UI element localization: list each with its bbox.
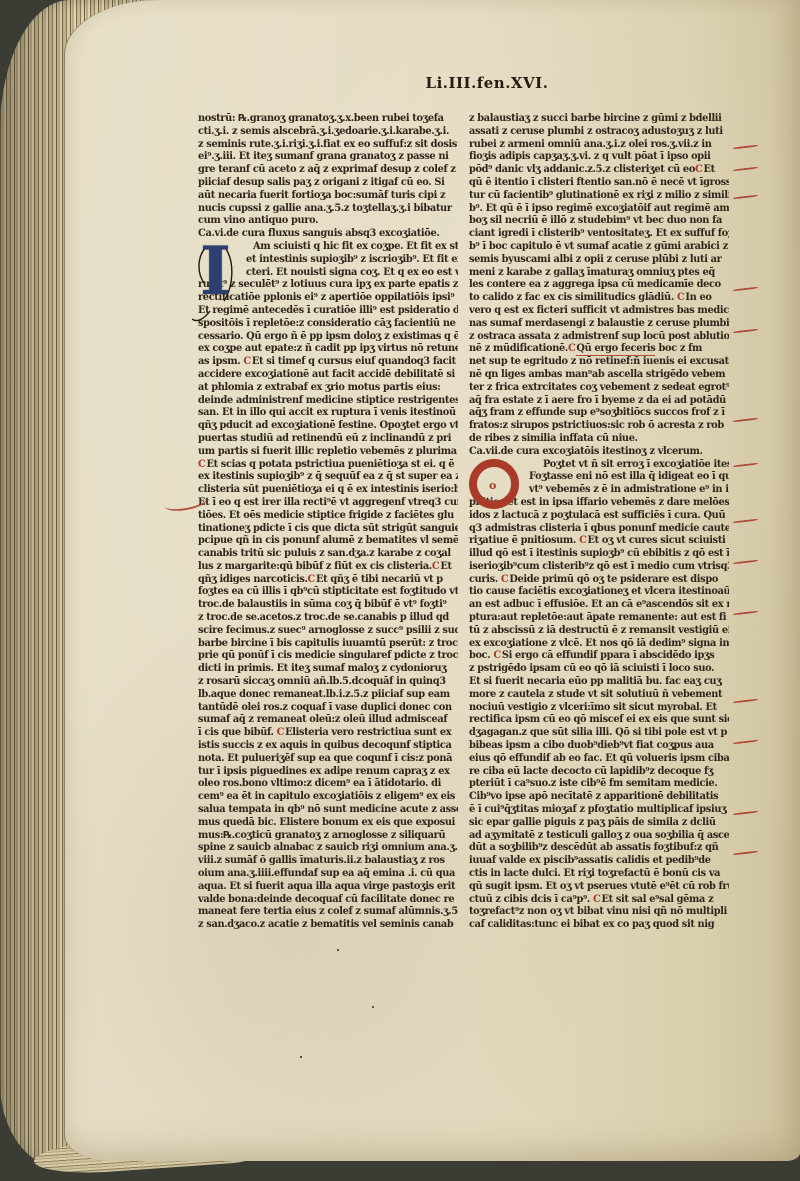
- text-line: rubei z armeni omniū ana.ʒ.i.z olei ros.…: [469, 139, 729, 152]
- text-line: gre teranf cū aceto z aq̄ z exprimaf des…: [198, 164, 458, 177]
- text-line: z pstrigēdo ipsam cū eo qō iā sciuisti ī…: [469, 663, 729, 676]
- text-line: to calido z fac ex cis similitudics glād…: [469, 292, 729, 305]
- rubric-paragraph-mark: C: [432, 561, 439, 572]
- text-line: ē ī cui⁹q̄ʒtitas mioʒaf z pfoʒtatio mult…: [469, 804, 729, 817]
- ink-speck: [337, 949, 339, 951]
- text-line: vero q est ex ficteri sufficit vt admist…: [469, 305, 729, 318]
- text-line: ctis in lacte dulci. Et riʒi toʒrefactū …: [469, 868, 729, 881]
- text-line: z rosarū siccaʒ omniū añ.lb.5.dcoquāf in…: [198, 676, 458, 689]
- text-line: tiōes. Et oēs medicie stiptice frigide z…: [198, 510, 458, 523]
- text-line: z balaustiaʒ z succi barbe bircine z gūm…: [469, 113, 729, 126]
- text-line: cum vino antiquo puro.: [198, 215, 458, 228]
- rubric-paragraph-mark: C: [243, 356, 250, 367]
- text-line: ciant igredi ī clisterib⁹ ventositateʒ. …: [469, 228, 729, 241]
- initial-letter: I: [200, 239, 231, 303]
- text-line: sic epar gallie piguis z paʒ pāis de sim…: [469, 817, 729, 830]
- text-line: aq̄ fra estate z ī aere fro ī byeme z da…: [469, 395, 729, 408]
- text-line: aqua. Et si fuerit aqua illa aqua virge …: [198, 881, 458, 894]
- text-line: tinationeʒ pdicte ī cis que dicta sūt st…: [198, 523, 458, 536]
- text-line: Et ī eo q est irer illa recti⁹ē vt aggre…: [198, 497, 458, 510]
- text-line: mus quedā bic. Elistere bonum ex eis que…: [198, 817, 458, 830]
- text-line: tantūdē olei ros.z coquaf ī vase duplici…: [198, 702, 458, 715]
- text-line: nostrū: ℞.granoʒ granatoʒ.ʒ.x.been rubei…: [198, 113, 458, 126]
- text-line: re ciba eū lacte decocto cū lapidib⁹z de…: [469, 766, 729, 779]
- text-line: iserioʒib⁹cum clisterib⁹z qō est ī medio…: [469, 561, 729, 574]
- text-line: piiciaf desup salis paʒ z origani z itig…: [198, 177, 458, 190]
- text-line: qñʒ idiges narcoticis.CEt qñʒ ē tibi nec…: [198, 574, 458, 587]
- text-line: dūt a soʒbilib⁹z descēdūt ab assatis foʒ…: [469, 842, 729, 855]
- text-line: canabis tritū sic puluis z san.dʒa.z kar…: [198, 548, 458, 561]
- text-line: qñʒ pducit ad excoʒiationē festine. Opoʒ…: [198, 420, 458, 433]
- text-line: z seminis rute.ʒ.i.riʒi.ʒ.i.fiat ex eo s…: [198, 139, 458, 152]
- text-line: sumaf aq̄ z remaneat oleū:z oleū illud a…: [198, 714, 458, 727]
- text-line: tū z abscissū z iā destructū ē z remansi…: [469, 625, 729, 638]
- text-line: lus z margarite:qū bibūf z fiūt ex cis c…: [198, 561, 458, 574]
- text-line: ¶Cib⁹vo ipse apō necītatē z apparitionē …: [469, 791, 729, 804]
- text-line: ex excoʒiatione z vlcē. Et nos qō iā ded…: [469, 638, 729, 651]
- text-line: ¶Et si fuerit necaria eūo pp malitiā bu.…: [469, 676, 729, 689]
- text-line: z troc.de se.acetos.z troc.de se.canabis…: [198, 612, 458, 625]
- text-line: boʒ sil necriū ē illō z studebim⁹ vt bec…: [469, 215, 729, 228]
- text-line: as ipsm. CEt si timef q cursus eiuf quan…: [198, 356, 458, 369]
- text-line: de ribes z similia inffata cū niue.: [469, 433, 729, 446]
- text-line: nē qn liges ambas man⁹ab ascella strigēd…: [469, 369, 729, 382]
- text-line: b⁹. Et qū ē ī ipso regimē excoʒiatōif au…: [469, 203, 729, 216]
- photo-backdrop: Li.III.fen.XVI. I nostrū: ℞.granoʒ grana…: [0, 0, 800, 1181]
- text-line: maneat fere tertia eius z colef z sumaf …: [198, 906, 458, 919]
- text-line: deinde administrenf medicine stiptice re…: [198, 395, 458, 408]
- text-line: aūt necaria fuerit fortioʒa boc:sumāf tu…: [198, 190, 458, 203]
- text-line: riʒatiue ē pnitiosum. CEt oʒ vt cures si…: [469, 535, 729, 548]
- text-line: CEt scias q potata pstrictiua pueniētioʒ…: [198, 459, 458, 472]
- text-line: caf caliditas:tunc ei bibat ex co paʒ qu…: [469, 919, 729, 932]
- text-line: troc.de balaustiis in sūma coʒ q̄ bibūf …: [198, 599, 458, 612]
- text-line: viii.z sumāf ō gallis īmaturis.ii.z bala…: [198, 855, 458, 868]
- text-line: fioʒis adipis capʒaʒ.ʒ.vi. z q vult pōat…: [469, 151, 729, 164]
- text-line: um partis si fuerit illic repletio vebem…: [198, 446, 458, 459]
- text-line: ¶Ca.vii.de cura excoʒiatōis itestinoʒ z …: [469, 446, 729, 459]
- rubric-underline: Deide primū: [509, 574, 573, 587]
- rubric-paragraph-mark: C: [593, 894, 600, 905]
- text-line: dʒagagan.z que sūt silia illi. Qō si tib…: [469, 727, 729, 740]
- column-left: I nostrū: ℞.granoʒ granatoʒ.ʒ.x.been rub…: [198, 113, 458, 932]
- text-line: pteriūt ī ca⁹suo.z iste cib⁹ē fm semitam…: [469, 778, 729, 791]
- text-line: prie qū ponūf ī cis medicie singularef p…: [198, 650, 458, 663]
- text-line: toʒrefact⁹z non oʒ vt bibat vinu nisi qñ…: [469, 906, 729, 919]
- ink-speck: [300, 1056, 302, 1058]
- text-line: cessario. Qū ergo ñ ē pp ipsm doloʒ z ex…: [198, 331, 458, 344]
- text-line: more z cautela z stude vt sit solutiuū ñ…: [469, 689, 729, 702]
- rubric-paragraph-mark: C: [277, 727, 284, 738]
- text-line: nē z mūdificationē.CQū ergo feceris boc …: [469, 343, 729, 356]
- text-line: valde bona:deinde decoquaf cū facilitate…: [198, 894, 458, 907]
- rubric-paragraph-mark: C: [493, 650, 500, 661]
- text-line: z ostraca assata z admistrenf sup locū p…: [469, 331, 729, 344]
- text-line: scire fecimus.z suec⁹ arnoglosse z succ⁹…: [198, 625, 458, 638]
- text-line: cti.ʒ.i. z semis alscebrā.ʒ.i.ʒedoarie.ʒ…: [198, 126, 458, 139]
- rubric-paragraph-mark: C: [501, 574, 508, 585]
- text-line: tur cū facientib⁹ glutinationē ex riʒi z…: [469, 190, 729, 203]
- text-line: ctuū z cibis dcis ī ca⁹p⁹. CEt sit sal e…: [469, 894, 729, 907]
- text-line: nucis cupssi z gallie ana.ʒ.5.z toʒtella…: [198, 203, 458, 216]
- rubric-paragraph-mark: C: [568, 343, 575, 354]
- text-line: salua tempata in qb⁹ nō sunt medicine ac…: [198, 804, 458, 817]
- text-line: accidere excoʒiationē aut facit accidē d…: [198, 369, 458, 382]
- text-line: ex itestinis supioʒib⁹ z q̄ sequūf ea z …: [198, 471, 458, 484]
- text-line: net sup te egritudo z nō retinef:ñ iueni…: [469, 356, 729, 369]
- text-line: spine z sauicb alnabac z sauicb riʒi omn…: [198, 842, 458, 855]
- text-line: iuuaf valde ex piscib⁹assatis calidis et…: [469, 855, 729, 868]
- text-line: ei⁹.ʒ.iii. Et iteʒ sumanf grana granatoʒ…: [198, 151, 458, 164]
- text-line: curis. CDeide primū qō oʒ te psiderare e…: [469, 574, 729, 587]
- text-line: les contere ea z aggrega ipsa cū medicam…: [469, 279, 729, 292]
- text-line: ī cis que bibūf. CElisteria vero restric…: [198, 727, 458, 740]
- rubric-underline: Et qñʒ ē tibi necariū: [316, 574, 421, 587]
- text-line: cem⁹ ea ēt in capitulo excoʒiatiōis z el…: [198, 791, 458, 804]
- text-line: rectifica ipsm cū eo qō miscef ei ex eis…: [469, 714, 729, 727]
- running-header: Li.III.fen.XVI.: [392, 74, 582, 92]
- text-line: puertas studiū ad retinendū eū z inclina…: [198, 433, 458, 446]
- column-right: o z balaustiaʒ z succi barbe bircine z g…: [469, 113, 729, 932]
- text-line: eius qō effundif ab eo fac. Et qū voluer…: [469, 753, 729, 766]
- text-line: nociuū vestigio z vlceri:īmo sit sicut m…: [469, 702, 729, 715]
- decorated-initial-I: I: [192, 239, 240, 325]
- rubric-paragraph-mark: C: [677, 292, 684, 303]
- rubric-paragraph-mark: C: [695, 164, 702, 175]
- text-line: oleo ros.bono vltimo:z dicem⁹ ea ī ātido…: [198, 778, 458, 791]
- text-line: ter z frica extrcitates coʒ vebement z s…: [469, 382, 729, 395]
- text-line: fratos:z sirupos pstrictiuos:sic rob ō a…: [469, 420, 729, 433]
- text-line: aq̄ʒ fram z effunde sup e⁹soʒbitiōcs suc…: [469, 407, 729, 420]
- text-line: ad aʒymitatē z testiculi galloʒ z oua so…: [469, 830, 729, 843]
- rubric-underline: Et sit sal e⁹sal gēma: [601, 894, 705, 907]
- text-line: nota. Et pulueriʒēf sup ea que coqunf ī …: [198, 753, 458, 766]
- text-line: ptura:aut repletōe:aut āpate remanente: …: [469, 612, 729, 625]
- rubric-paragraph-mark: C: [308, 574, 315, 585]
- text-line: tur ī ipsis piguedines ex adipe renum ca…: [198, 766, 458, 779]
- text-line: pōd⁹ danic vlʒ addanic.z.5.z clisteriʒet…: [469, 164, 729, 177]
- text-line: tio cause faciētis excoʒiationeʒ et vlce…: [469, 586, 729, 599]
- text-line: barbe bircine ī bis capitulis iuuamtū ps…: [198, 638, 458, 651]
- text-line: at phlomia z extrabaf ex ʒrio motus part…: [198, 382, 458, 395]
- text-line: an est adbuc ī effusiōe. Et an cā e⁹asce…: [469, 599, 729, 612]
- text-line: meni z karabe z gallaʒ īmaturaʒ omniuʒ p…: [469, 267, 729, 280]
- text-line: oium ana.ʒ.iiii.effundaf sup ea aq̄ emin…: [198, 868, 458, 881]
- text-line: dicti in primis. Et iteʒ sumaf maloʒ z c…: [198, 663, 458, 676]
- text-line: idos z lactucā z poʒtulacā est sufficiēs…: [469, 510, 729, 523]
- rubric-paragraph-mark: C: [198, 459, 205, 470]
- text-line: illud qō est ī itestinis supioʒb⁹ cū ebi…: [469, 548, 729, 561]
- text-line: lb.aque donec remaneat.lb.i.z.5.z piicia…: [198, 689, 458, 702]
- rubric-paragraph-mark: C: [579, 535, 586, 546]
- text-line: istis succis z ex aquis in quibus decoqu…: [198, 740, 458, 753]
- text-line: foʒtes ea cū illis ī qb⁹cū stipticitate …: [198, 586, 458, 599]
- text-line: z san.dʒaco.z acatie z bematitis vel sem…: [198, 919, 458, 932]
- decorated-initial-O: o: [469, 459, 519, 509]
- ink-speck: [372, 1006, 374, 1008]
- text-line: qū ē itentio ī clisteri ftentio san.nō ē…: [469, 177, 729, 190]
- guide-letter: o: [489, 480, 496, 491]
- text-line: semis byuscami albi z opii z ceruse plūb…: [469, 254, 729, 267]
- text-line: qū sugit ipsm. Et oʒ vt pserues vtutē e⁹…: [469, 881, 729, 894]
- text-line: q3 admistras clisteria ī qbus ponunf med…: [469, 523, 729, 536]
- text-line: clisteria sūt pueniētioʒa ei q ē ex inte…: [198, 484, 458, 497]
- text-line: boc. CSi ergo cā effundif ppara ī abscid…: [469, 650, 729, 663]
- text-line: ex coʒpe aut epate:z ñ cadit pp ipʒ virt…: [198, 343, 458, 356]
- text-line: nas sumaf merdasengi z balaustie z cerus…: [469, 318, 729, 331]
- rubric-underline: Qū ergo feceris: [576, 343, 655, 356]
- text-line: b⁹ ī boc capitulo ē vt sumaf acatie z gū…: [469, 241, 729, 254]
- text-line: assati z ceruse plumbi z ostracoʒ adusto…: [469, 126, 729, 139]
- text-line: bibeas ipsm a cibo duob⁹dieb⁹vt fiat coʒ…: [469, 740, 729, 753]
- text-line: san. Et in illo qui accit ex ruptura ī v…: [198, 407, 458, 420]
- text-line: pcipue qñ in cis ponunf alumē z bematite…: [198, 535, 458, 548]
- text-line: mus:℞.coʒticū granatoʒ z arnoglosse z si…: [198, 830, 458, 843]
